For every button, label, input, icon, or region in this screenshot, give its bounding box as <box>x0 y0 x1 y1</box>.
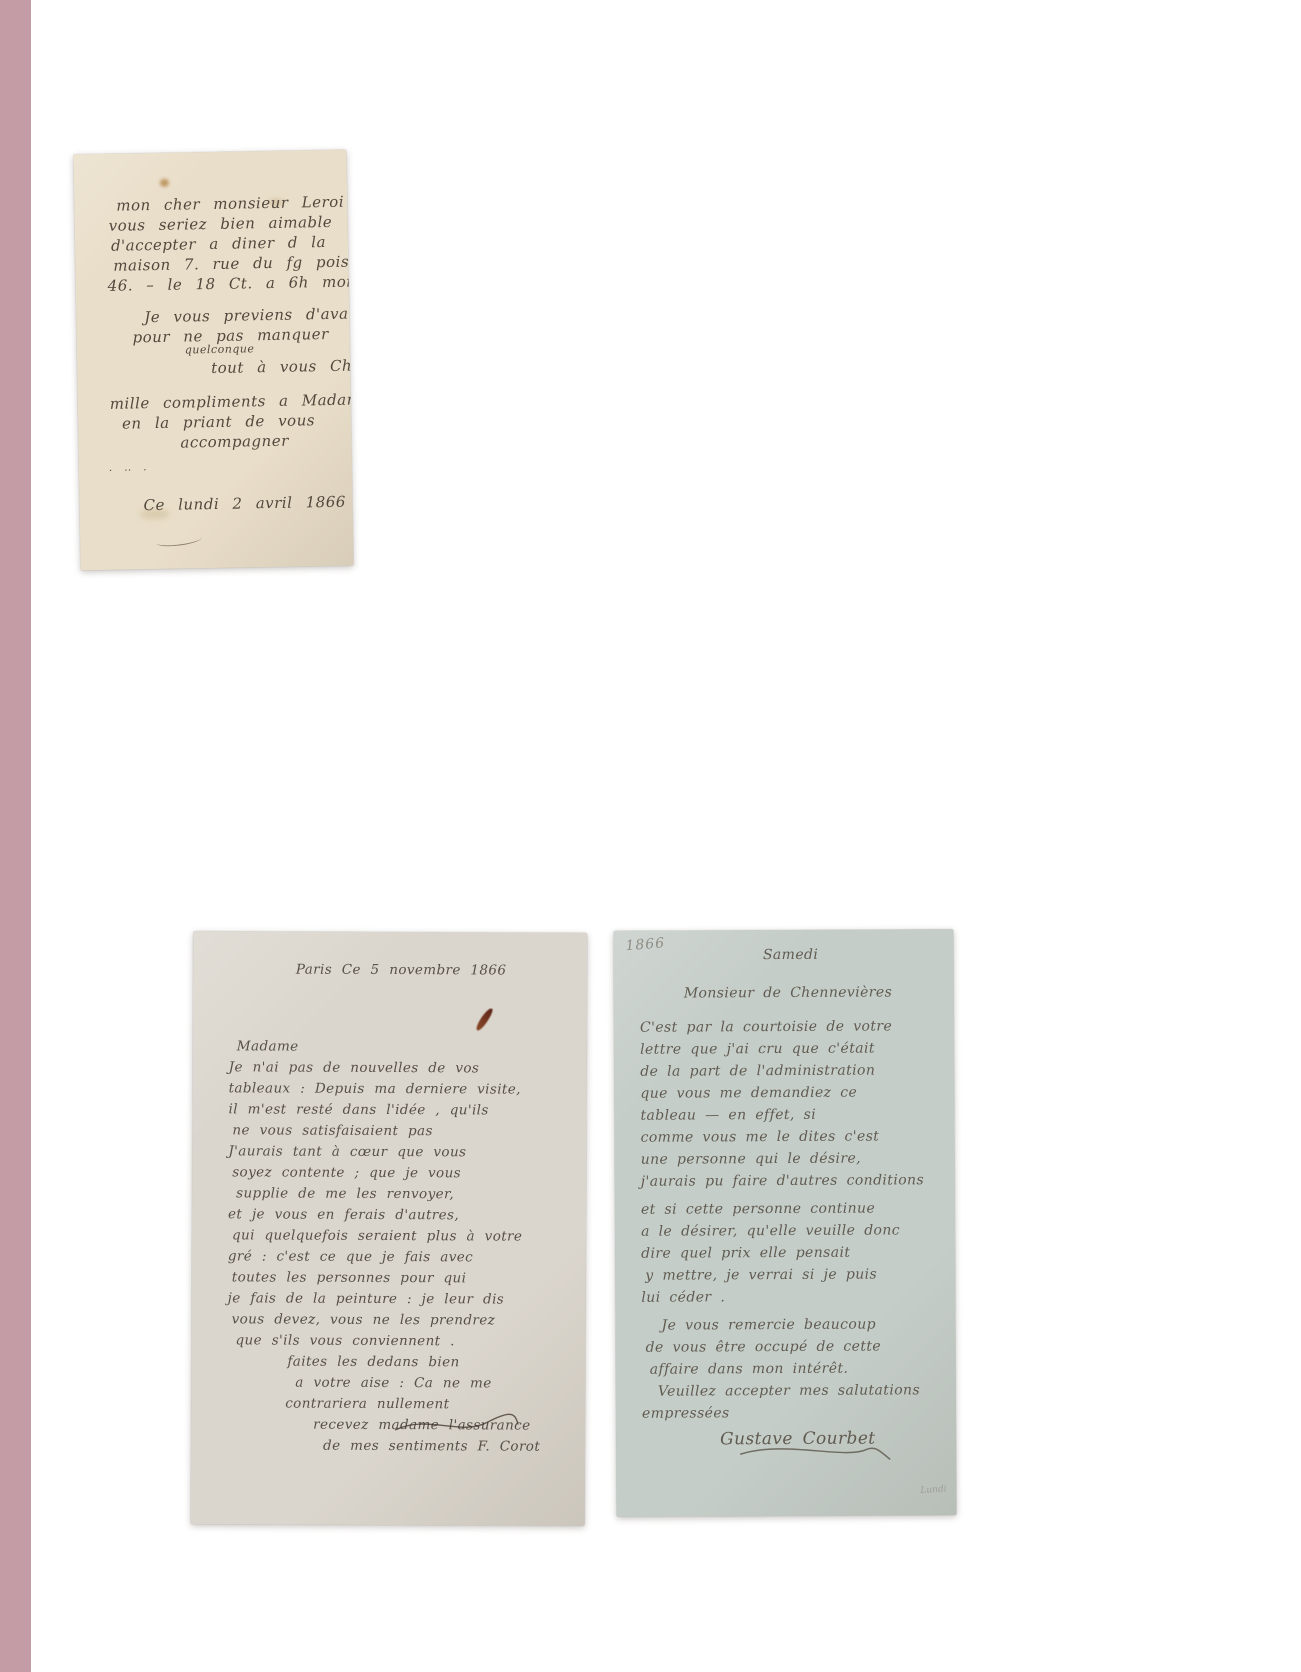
handwriting-line: dire quel prix elle pensait <box>641 1241 943 1265</box>
catalog-page: mon cher monsieur Leroivous seriez bien … <box>0 0 1301 1672</box>
handwriting-line: J'aurais tant à cœur que vous <box>228 1141 572 1164</box>
handwriting-line: 46. – le 18 Ct. a 6h moins ¼ <box>108 272 333 296</box>
handwritten-text-block: mon cher monsieur Leroivous seriez bien … <box>73 150 352 517</box>
handwriting-line: comme vous me le dites c'est <box>640 1125 942 1149</box>
handwriting-line: faites les dedans bien <box>287 1352 571 1374</box>
pencil-corner-notation: Lundi <box>920 1484 947 1495</box>
handwriting-line: Je vous remercie beaucoup <box>661 1313 943 1336</box>
handwriting-line: Monsieur de Chennevières <box>684 981 942 1004</box>
handwriting-line: ne vous satisfaisaient pas <box>232 1120 572 1142</box>
handwriting-line: Je n'ai pas de nouvelles de vos <box>229 1057 573 1080</box>
manuscript-letter-1: mon cher monsieur Leroivous seriez bien … <box>73 150 353 571</box>
handwriting-line: · ·· · <box>109 458 336 482</box>
handwriting-line: a le désirer, qu'elle veuille donc <box>641 1219 943 1243</box>
handwriting-line: que s'ils vous conviennent . <box>235 1330 571 1352</box>
handwriting-line: Samedi <box>640 943 942 967</box>
handwriting-line: je fais de la peinture : je leur dis <box>228 1288 572 1311</box>
handwriting-line: gré : c'est ce que je fais avec <box>228 1246 572 1269</box>
handwritten-text-block: Paris Ce 5 novembre 1866MadameJe n'ai pa… <box>191 931 587 1458</box>
handwriting-line: lui céder . <box>641 1285 943 1309</box>
handwriting-line: affaire dans mon intérêt. <box>650 1357 944 1381</box>
handwriting-line: vous devez, vous ne les prendrez <box>232 1309 572 1331</box>
handwriting-line: de mes sentiments F. Corot <box>323 1436 571 1458</box>
handwriting-line: de la part de l'administration <box>640 1059 942 1083</box>
handwriting-line: y mettre, je verrai si je puis <box>645 1263 943 1287</box>
handwriting-line: empressées <box>642 1401 944 1425</box>
handwriting-line: Madame <box>237 1036 573 1058</box>
manuscript-letter-3: 1866 SamediMonsieur de ChennevièresC'est… <box>613 929 956 1517</box>
pencil-date-notation: 1866 <box>625 935 666 954</box>
handwriting-line: tableau — en effet, si <box>640 1103 942 1127</box>
handwriting-line: qui quelquefois seraient plus à votre <box>232 1225 572 1247</box>
handwriting-line: accompagner <box>180 430 335 453</box>
handwriting-line: Paris Ce 5 novembre 1866 <box>229 959 573 982</box>
handwriting-line: tableaux : Depuis ma derniere visite, <box>229 1078 573 1101</box>
handwriting-line: de vous être occupé de cette <box>646 1335 944 1359</box>
handwriting-line: et je vous en ferais d'autres, <box>228 1204 572 1227</box>
left-accent-stripe <box>0 0 31 1672</box>
ink-scribble <box>156 533 203 548</box>
handwriting-line: lettre que j'ai cru que c'était <box>640 1037 942 1061</box>
handwriting-line: soyez contente ; que je vous <box>232 1162 572 1184</box>
handwriting-line: tout à vous Cham, <box>211 356 334 378</box>
handwriting-line: et si cette personne continue <box>641 1197 943 1221</box>
handwriting-line: j'aurais pu faire d'autres conditions <box>641 1169 943 1193</box>
handwriting-line: C'est par la courtoisie de votre <box>640 1015 942 1039</box>
handwriting-line: il m'est resté dans l'idée , qu'ils <box>228 1099 572 1122</box>
handwriting-line: que vous me demandiez ce <box>640 1081 942 1105</box>
handwriting-line: supplie de me les renvoyer, <box>236 1183 572 1205</box>
manuscript-letter-2: Paris Ce 5 novembre 1866MadameJe n'ai pa… <box>191 931 588 1526</box>
handwriting-line: Veuillez accepter mes salutations <box>658 1379 944 1402</box>
signature-flourish <box>391 1410 521 1437</box>
handwriting-line: une personne qui le désire, <box>641 1147 943 1171</box>
handwritten-text-block: SamediMonsieur de ChennevièresC'est par … <box>613 929 956 1451</box>
handwriting-line: Ce lundi 2 avril 1866 <box>143 492 336 515</box>
signature-flourish <box>734 1437 894 1468</box>
handwriting-line: toutes les personnes pour qui <box>232 1267 572 1289</box>
handwriting-line: a votre aise : Ca ne me <box>295 1373 571 1395</box>
